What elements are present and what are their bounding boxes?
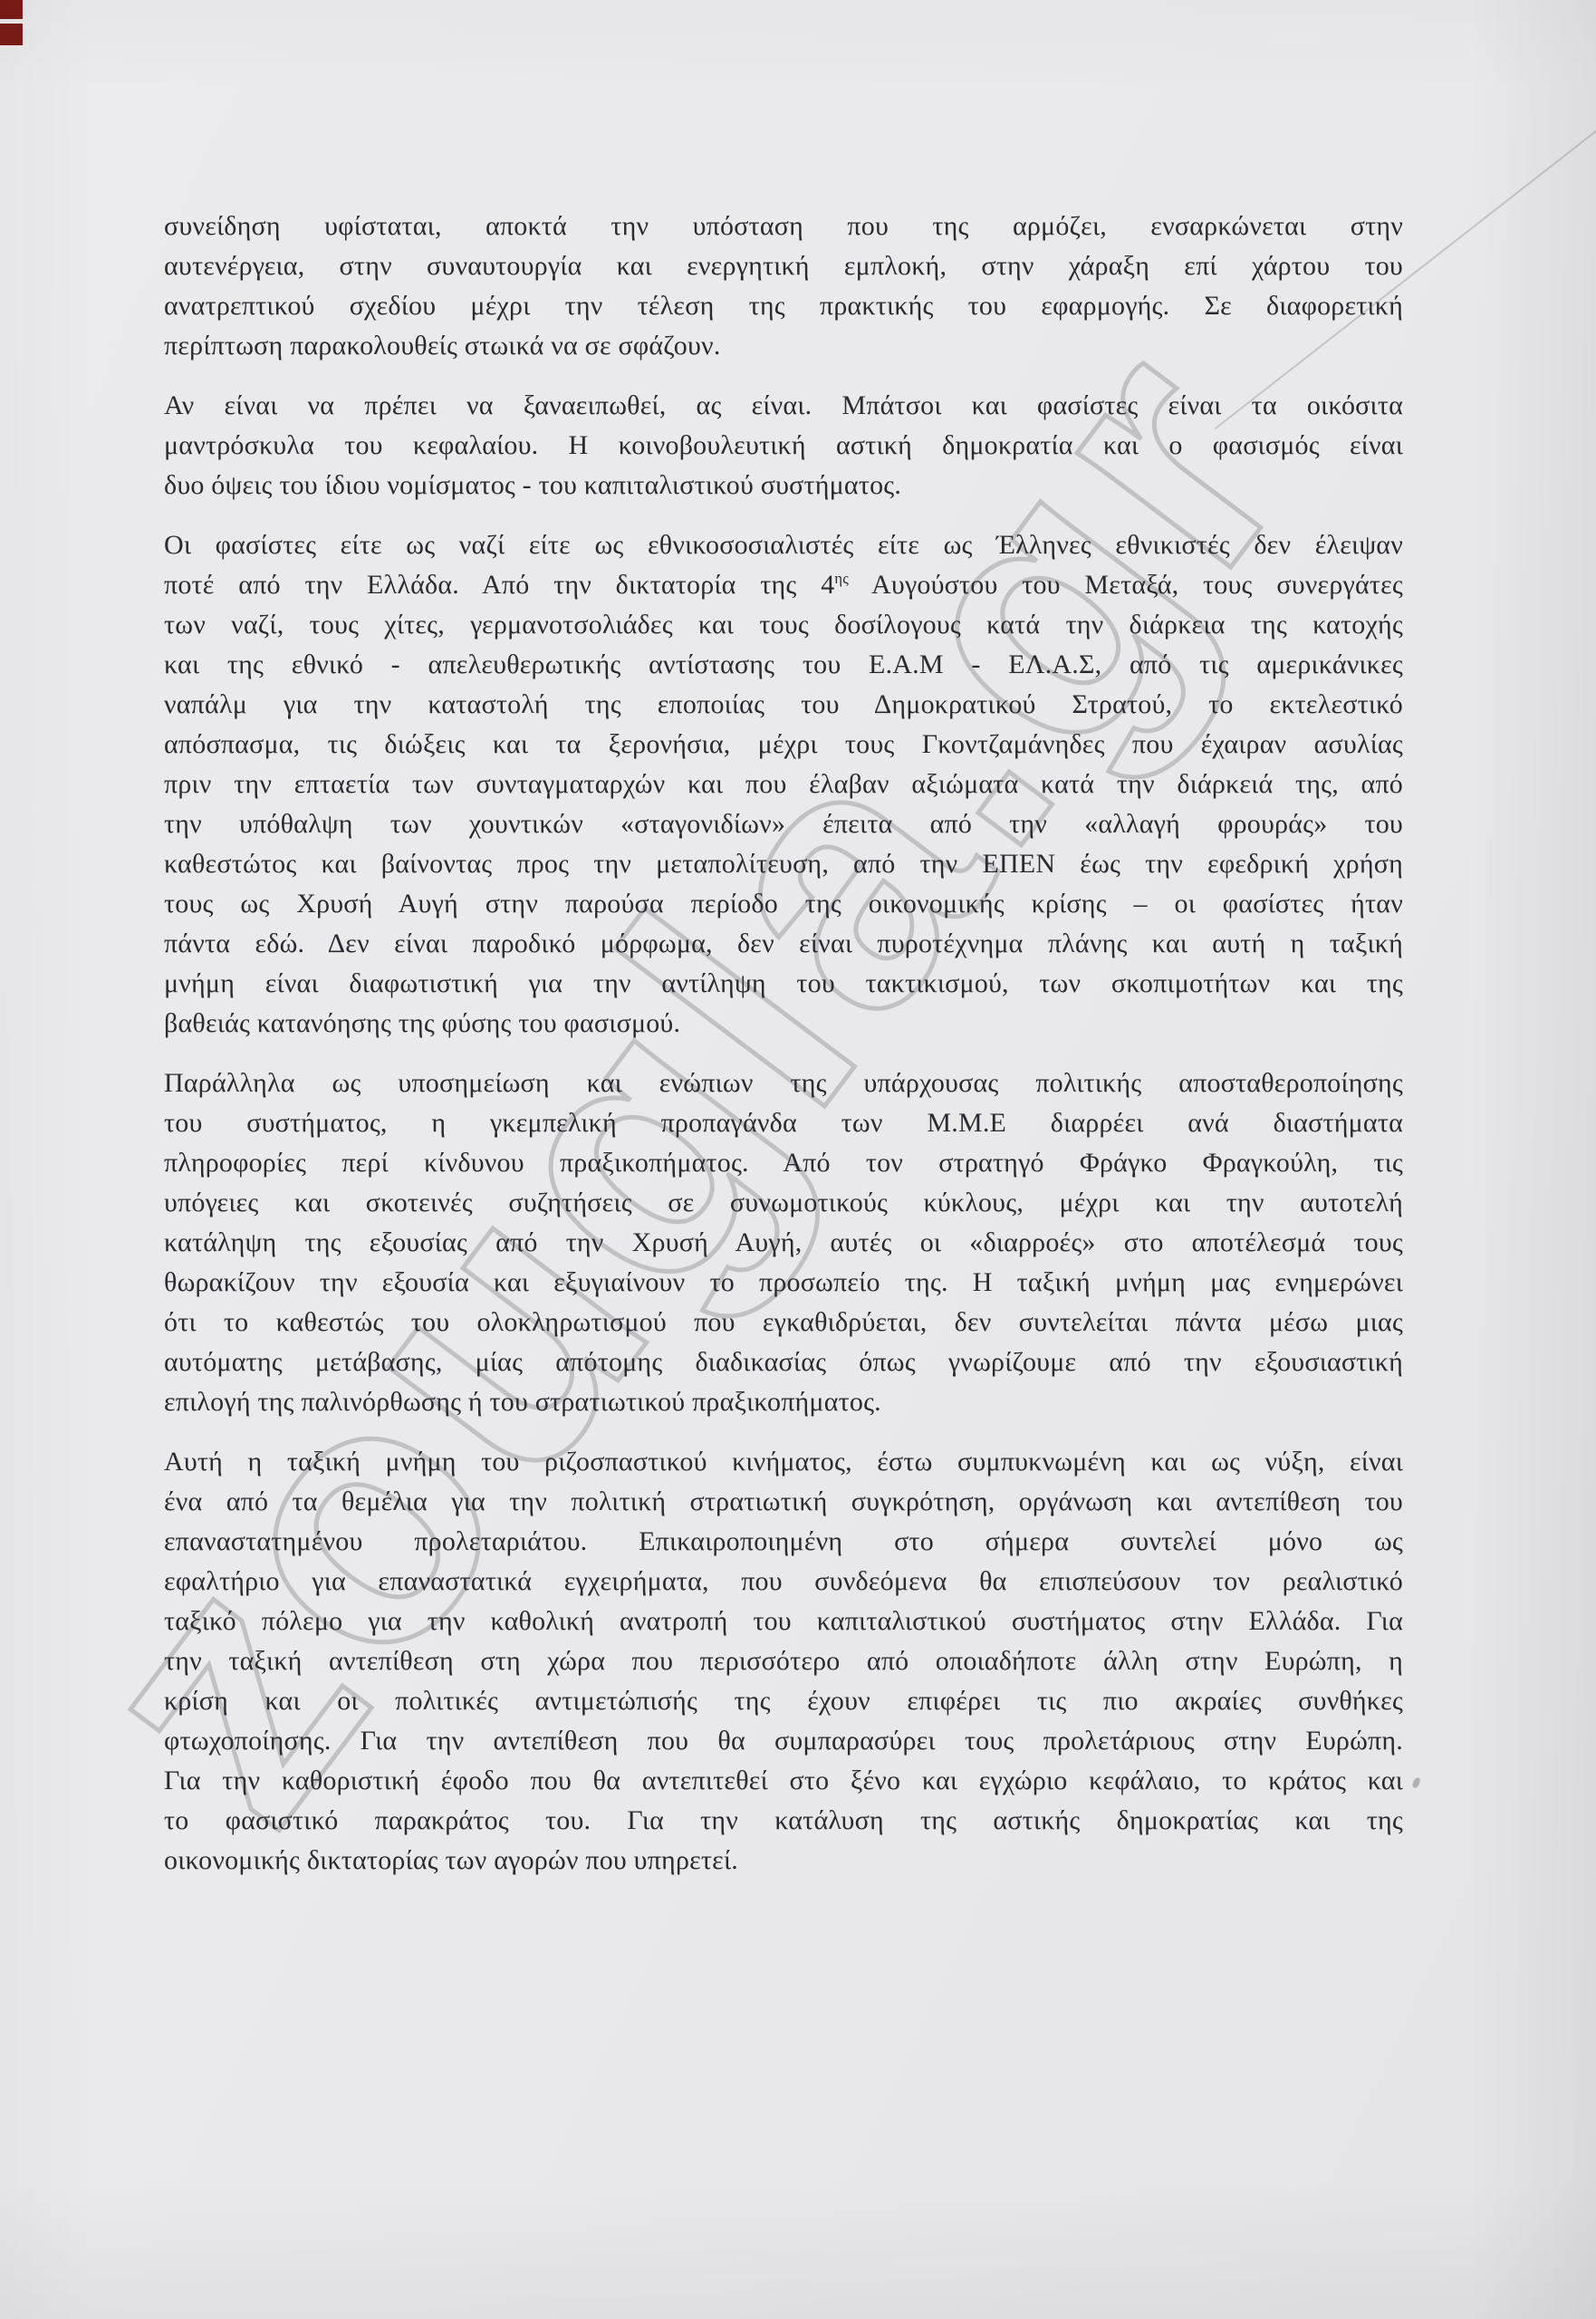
text-line: αυτενέργεια, στην συναυτουργία και ενεργ… (164, 246, 1403, 286)
paragraph: Οι φασίστες είτε ως ναζί είτε ως εθνικοσ… (164, 525, 1403, 1044)
text-line: την υπόθαλψη των χουντικών «σταγονιδίων»… (164, 804, 1403, 844)
text-line: επαναστατημένου προλεταριάτου. Επικαιροπ… (164, 1522, 1403, 1562)
text-line: κρίση και οι πολιτικές αντιμετώπισής της… (164, 1681, 1403, 1721)
text-line: πριν την επταετία των συνταγματαρχών και… (164, 765, 1403, 804)
text-line: οικονομικής δικτατορίας των αγορών που υ… (164, 1841, 1403, 1881)
text-line: δυο όψεις του ίδιου νομίσματος - του καπ… (164, 466, 1403, 505)
paragraph: Αν είναι να πρέπει να ξαναειπωθεί, ας εί… (164, 386, 1403, 505)
text-line: αυτόματης μετάβασης, μίας απότομης διαδι… (164, 1342, 1403, 1382)
text-line: βαθειάς κατανόησης της φύσης του φασισμο… (164, 1004, 1403, 1044)
text-line: Αν είναι να πρέπει να ξαναειπωθεί, ας εί… (164, 386, 1403, 426)
text-line: εφαλτήριο για επαναστατικά εγχειρήματα, … (164, 1562, 1403, 1602)
text-line: υπόγειες και σκοτεινές συζητήσεις σε συν… (164, 1183, 1403, 1223)
text-line: πάντα εδώ. Δεν είναι παροδικό μόρφωμα, δ… (164, 924, 1403, 964)
text-line: φτωχοποίησης. Για την αντεπίθεση που θα … (164, 1721, 1403, 1761)
text-line: Παράλληλα ως υποσημείωση και ενώπιων της… (164, 1063, 1403, 1103)
text-line: ότι το καθεστώς του ολοκληρωτισμού που ε… (164, 1303, 1403, 1342)
scanned-document-page: zougla.gr συνείδηση υφίσταται, αποκτά τη… (0, 0, 1596, 2319)
text-line: θωρακίζουν την εξουσία και εξυγιαίνουν τ… (164, 1263, 1403, 1303)
text-line: μαντρόσκυλα του κεφαλαίου. Η κοινοβουλευ… (164, 426, 1403, 466)
text-line: ταξικό πόλεμο για την καθολική ανατροπή … (164, 1602, 1403, 1641)
text-line: επιλογή της παλινόρθωσης ή του στρατιωτι… (164, 1382, 1403, 1422)
text-line: περίπτωση παρακολουθείς στωικά να σε σφά… (164, 326, 1403, 366)
text-line: κατάληψη της εξουσίας από την Χρυσή Αυγή… (164, 1223, 1403, 1263)
text-line: ποτέ από την Ελλάδα. Από την δικτατορία … (164, 565, 1403, 605)
text-line: Οι φασίστες είτε ως ναζί είτε ως εθνικοσ… (164, 525, 1403, 565)
text-line: και της εθνικό - απελευθερωτικής αντίστα… (164, 645, 1403, 685)
text-line: ναπάλμ για την καταστολή της εποποιίας τ… (164, 685, 1403, 725)
text-line: ανατρεπτικού σχεδίου μέχρι την τέλεση τη… (164, 286, 1403, 326)
text-line: καθεστώτος και βαίνοντας προς την μεταπο… (164, 844, 1403, 884)
paragraph: συνείδηση υφίσταται, αποκτά την υπόσταση… (164, 207, 1403, 366)
text-line: Αυτή η ταξική μνήμη του ριζοσπαστικού κι… (164, 1442, 1403, 1482)
scan-speck (1411, 1776, 1421, 1789)
text-line: απόσπασμα, τις διώξεις και τα ξερονήσια,… (164, 725, 1403, 765)
scan-red-mark-top (0, 0, 23, 19)
text-line: το φασιστικό παρακράτος του. Για την κατ… (164, 1801, 1403, 1841)
paragraph: Παράλληλα ως υποσημείωση και ενώπιων της… (164, 1063, 1403, 1422)
text-line: μνήμη είναι διαφωτιστική για την αντίληψ… (164, 964, 1403, 1004)
scan-red-mark-bottom (0, 24, 23, 45)
text-line: τους ως Χρυσή Αυγή στην παρούσα περίοδο … (164, 884, 1403, 924)
text-line: ένα από τα θεμέλια για την πολιτική στρα… (164, 1482, 1403, 1522)
text-line: των ναζί, τους χίτες, γερμανοτσολιάδες κ… (164, 605, 1403, 645)
text-line: του συστήματος, η γκεμπελική προπαγάνδα … (164, 1103, 1403, 1143)
text-line: την ταξική αντεπίθεση στη χώρα που περισ… (164, 1641, 1403, 1681)
text-line: πληροφορίες περί κίνδυνου πραξικοπήματος… (164, 1143, 1403, 1183)
document-text-block: συνείδηση υφίσταται, αποκτά την υπόσταση… (164, 207, 1403, 1900)
text-line: συνείδηση υφίσταται, αποκτά την υπόσταση… (164, 207, 1403, 246)
text-line: Για την καθοριστική έφοδο που θα αντεπιτ… (164, 1761, 1403, 1801)
paragraph: Αυτή η ταξική μνήμη του ριζοσπαστικού κι… (164, 1442, 1403, 1881)
